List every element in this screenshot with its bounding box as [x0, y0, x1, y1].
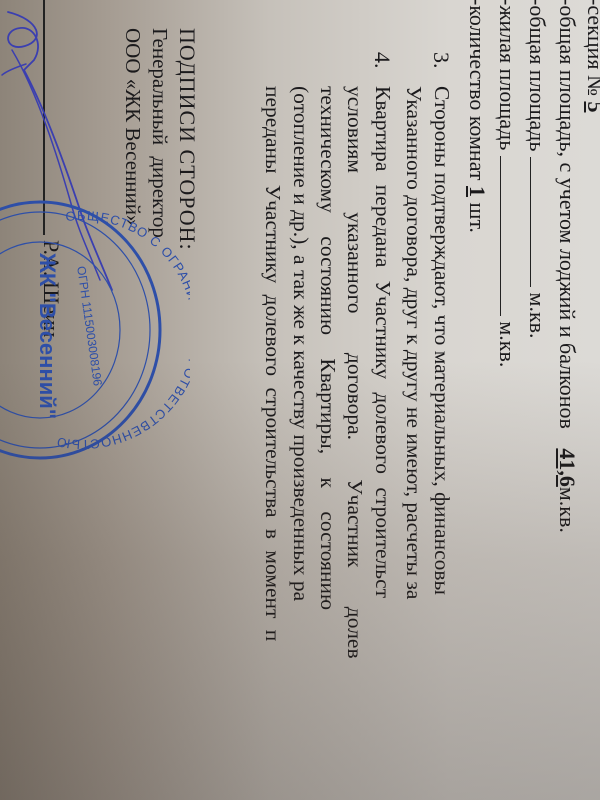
clause-3-line-1: Стороны подтверждают, что материальных, … [429, 86, 454, 595]
rooms-line: -количество комнат 1 шт. [464, 0, 490, 233]
living-area-blank [500, 156, 501, 316]
svg-text:ОБЩЕСТВО С ОГРАНИЧЕННОЙ ОТВЕТС: ОБЩЕСТВО С ОГРАНИЧЕННОЙ ОТВЕТСТВЕННОСТЬЮ [55, 208, 190, 452]
document-page: -секция № 5 -общая площадь, с учетом лод… [0, 0, 600, 800]
total-area-with-loggias-unit: м.кв. [555, 487, 580, 533]
section-line: -секция № 5 [582, 0, 600, 112]
clause-4-line-5: переданы Участнику долевого строительств… [260, 86, 285, 641]
section-value: 5 [583, 101, 600, 112]
company-stamp: ОБЩЕСТВО С ОГРАНИЧЕННОЙ ОТВЕТСТВЕННОСТЬЮ… [0, 195, 190, 465]
clause-4-line-2: условиям указанного договора. Участник д… [342, 86, 367, 659]
total-area-blank [530, 157, 531, 287]
stamp-center-text: ЖК "Весенний" [35, 252, 60, 419]
living-area-unit: м.кв. [495, 321, 520, 367]
living-area-line: -жилая площадь м.кв. [494, 0, 520, 367]
total-area-with-loggias-value: 41,6 [555, 448, 580, 487]
total-area-line: -общая площадь м.кв. [524, 0, 550, 339]
rooms-label: -количество комнат [465, 0, 490, 181]
section-label: -секция № [583, 0, 600, 96]
living-area-label: -жилая площадь [495, 0, 520, 150]
total-area-with-loggias-line: -общая площадь, с учетом лоджий и балкон… [554, 0, 580, 533]
clause-4-line-4: (отопление и др.), а так же к качеству п… [288, 86, 313, 601]
total-area-with-loggias-label: -общая площадь, с учетом лоджий и балкон… [555, 0, 580, 429]
rooms-value: 1 [465, 186, 490, 197]
clause-3-line-2: Указанного договора, друг к другу не име… [401, 86, 426, 599]
rooms-unit: шт. [465, 203, 490, 233]
stamp-ogrn: ОГРН 1115003008196 [74, 265, 105, 387]
total-area-unit: м.кв. [525, 293, 550, 339]
clause-4-line-3: техническому состоянию Квартиры, к состо… [315, 86, 340, 610]
clause-4-line-1: Квартира передана Участнику долевого стр… [370, 86, 395, 598]
total-area-label: -общая площадь [525, 0, 550, 152]
clause-3-number: 3. [428, 52, 454, 69]
clause-4-number: 4. [369, 52, 395, 69]
